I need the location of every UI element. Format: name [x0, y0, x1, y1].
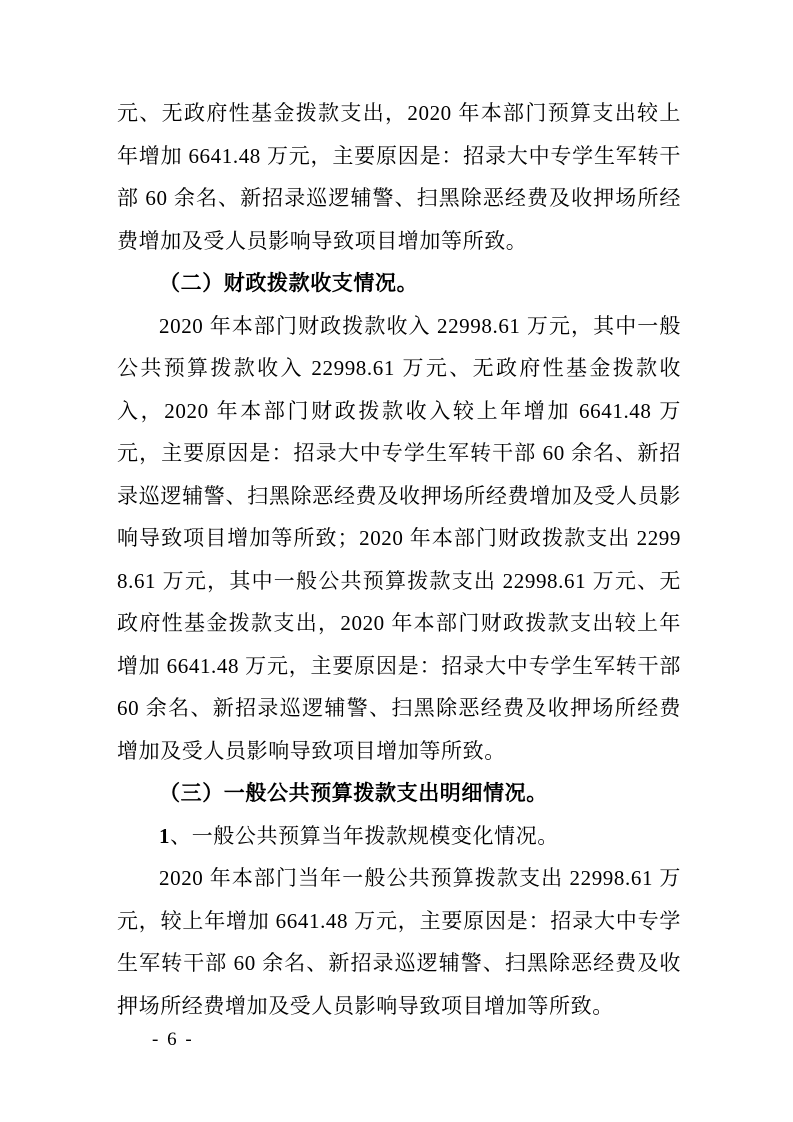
- document-body: 元、无政府性基金拨款支出，2020 年本部门预算支出较上年增加 6641.48 …: [117, 92, 681, 1027]
- heading-section-3-public-budget-detail: （三）一般公共预算拨款支出明细情况。: [117, 772, 681, 815]
- document-page: 元、无政府性基金拨款支出，2020 年本部门预算支出较上年增加 6641.48 …: [0, 0, 793, 1122]
- subheading-number: 1: [159, 824, 170, 848]
- paragraph-public-budget-scale-detail: 2020 年本部门当年一般公共预算拨款支出 22998.61 万元，较上年增加 …: [117, 857, 681, 1027]
- paragraph-fiscal-appropriation-detail: 2020 年本部门财政拨款收入 22998.61 万元，其中一般公共预算拨款收入…: [117, 305, 681, 773]
- paragraph-budget-expenditure-continuation: 元、无政府性基金拨款支出，2020 年本部门预算支出较上年增加 6641.48 …: [117, 92, 681, 262]
- subheading-1-scale-change: 1、一般公共预算当年拨款规模变化情况。: [117, 815, 681, 858]
- subheading-text: 、一般公共预算当年拨款规模变化情况。: [170, 824, 559, 848]
- page-number: - 6 -: [152, 1026, 194, 1054]
- heading-section-2-fiscal-appropriation: （二）财政拨款收支情况。: [117, 262, 681, 305]
